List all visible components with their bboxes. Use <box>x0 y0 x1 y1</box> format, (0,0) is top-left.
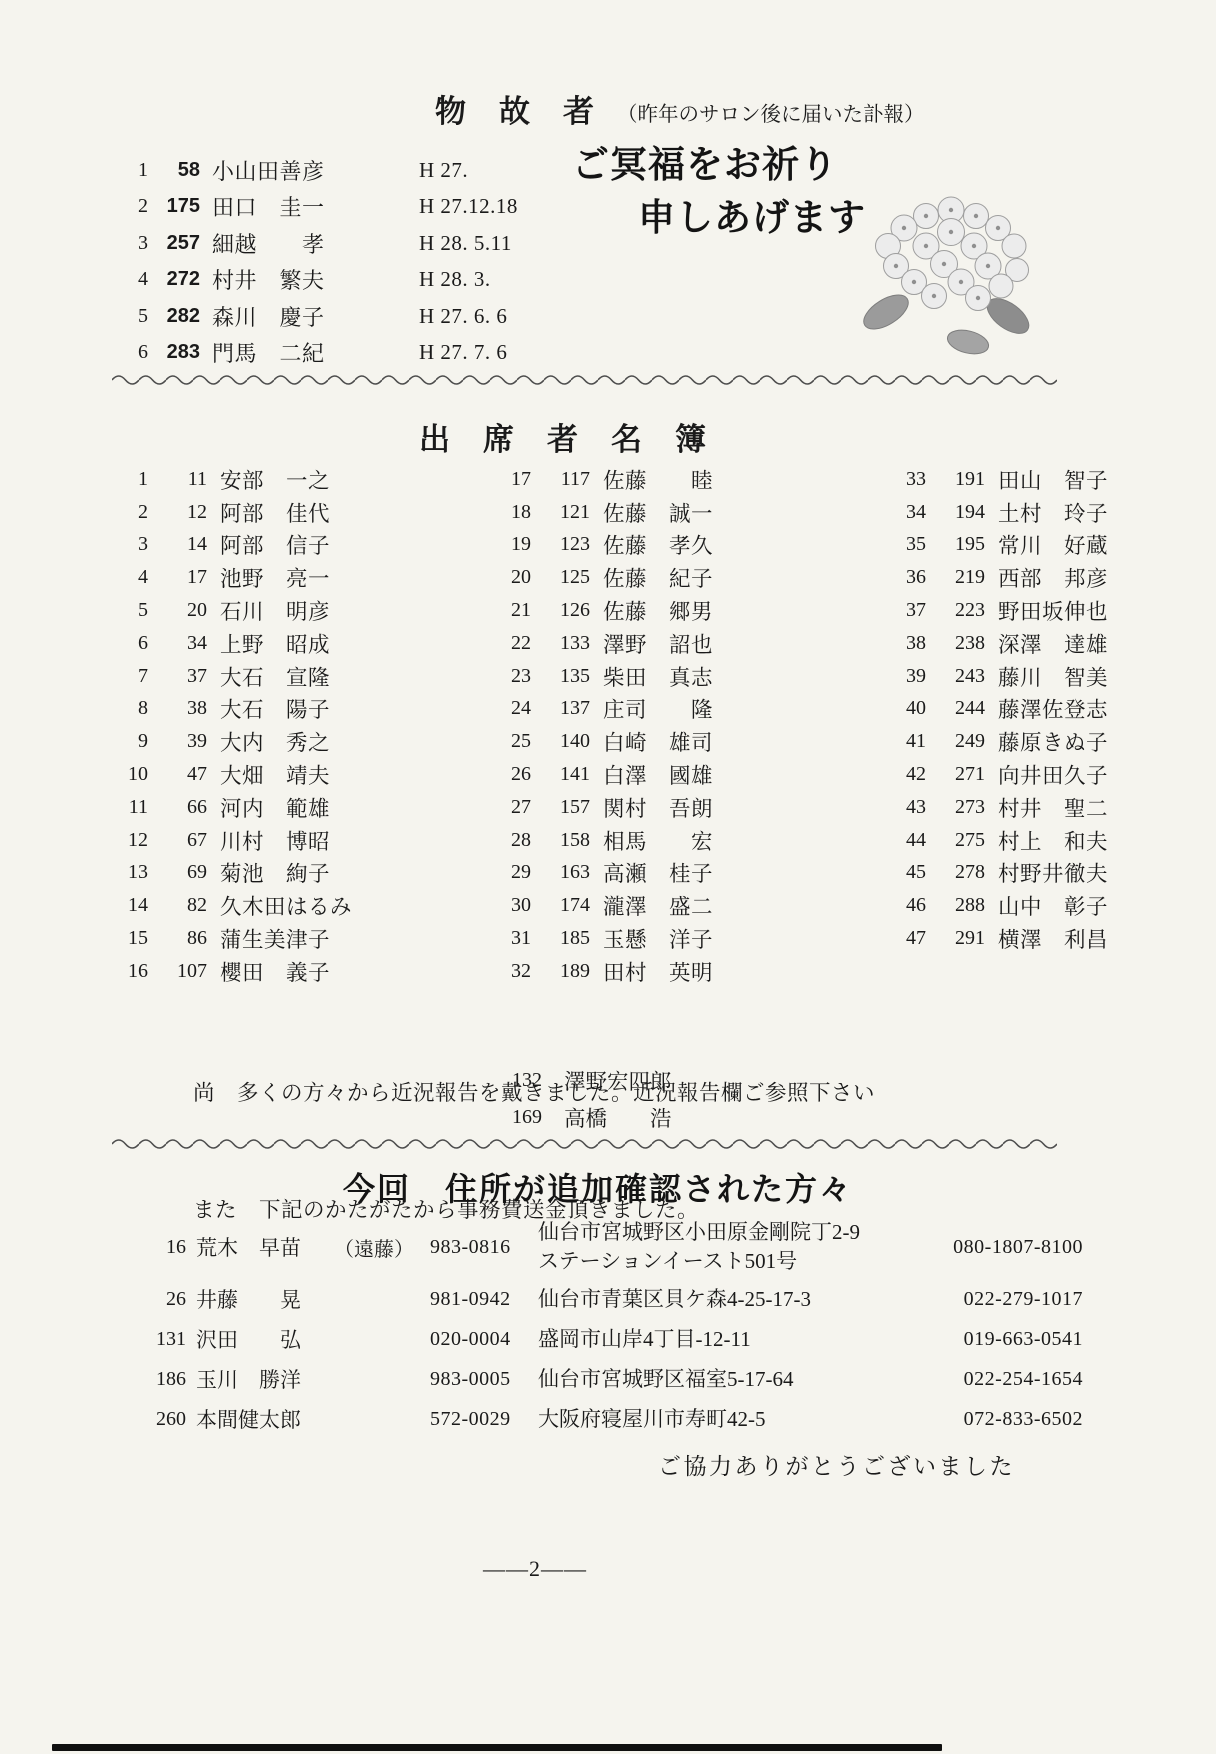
attendee-row: 7 37 大石 宣隆 <box>118 660 486 693</box>
attendee-row: 18 121 佐藤 誠一 <box>501 496 881 529</box>
address-member-name: 荒木 早苗 <box>196 1232 324 1262</box>
attendee-name: 瀧澤 盛二 <box>603 890 881 921</box>
attendee-row: 25 140 白崎 雄司 <box>501 725 881 758</box>
attendee-name: 藤原きぬ子 <box>998 726 1216 757</box>
attendee-member-number: 11 <box>161 468 207 491</box>
deceased-list: 1 58 小山田善彦 H 27. 2 175 田口 圭一 H 27.12.18 … <box>126 152 518 371</box>
attendee-row: 14 82 久木田はるみ <box>118 889 486 922</box>
postal-code: 983-0816 <box>430 1236 528 1259</box>
deceased-row-index: 2 <box>126 195 148 218</box>
street-address: 仙台市宮城野区小田原金剛院丁2-9 ステーションイースト501号 <box>538 1218 936 1276</box>
attendee-index: 42 <box>896 763 926 786</box>
attendee-row: 5 20 石川 明彦 <box>118 594 486 627</box>
attendee-member-number: 140 <box>544 730 590 753</box>
attendee-member-number: 17 <box>161 566 207 589</box>
attendee-index: 11 <box>118 796 148 819</box>
deceased-member-name: 田口 圭一 <box>212 191 407 222</box>
attendee-index: 47 <box>896 927 926 950</box>
deceased-header: 物 故 者 （昨年のサロン後に届いた訃報） <box>435 86 925 131</box>
attendee-index: 22 <box>501 632 531 655</box>
address-row: 131 沢田 弘 020-0004 盛岡市山岸4丁目-12-11 019-663… <box>128 1322 1083 1356</box>
attendee-member-number: 194 <box>939 501 985 524</box>
condolence-line-1: ご冥福をお祈り <box>572 138 866 191</box>
remitter-row: 169 高橋 浩 <box>497 1099 672 1136</box>
address-row: 186 玉川 勝洋 983-0005 仙台市宮城野区福室5-17-64 022-… <box>128 1362 1083 1396</box>
street-address: 大阪府寝屋川市寿町42-5 <box>538 1405 936 1434</box>
attendee-row: 46 288 山中 彰子 <box>896 889 1216 922</box>
attendee-name: 藤川 智美 <box>998 661 1216 692</box>
attendee-index: 45 <box>896 861 926 884</box>
attendee-index: 5 <box>118 599 148 622</box>
address-member-number: 26 <box>128 1288 186 1311</box>
attendee-member-number: 174 <box>544 894 590 917</box>
attendee-row: 29 163 高瀬 桂子 <box>501 857 881 890</box>
attendee-row: 8 38 大石 陽子 <box>118 693 486 726</box>
deceased-member-number: 272 <box>160 268 200 291</box>
attendee-name: 佐藤 紀子 <box>603 562 881 593</box>
address-member-name: 沢田 弘 <box>196 1324 324 1354</box>
attendee-name: 関村 吾朗 <box>603 792 881 823</box>
attendee-index: 26 <box>501 763 531 786</box>
scanned-document-page: 物 故 者 （昨年のサロン後に届いた訃報） 1 58 小山田善彦 H 27. 2… <box>0 0 1216 1754</box>
attendee-member-number: 195 <box>939 533 985 556</box>
attendee-name: 安部 一之 <box>220 464 486 495</box>
deceased-row: 2 175 田口 圭一 H 27.12.18 <box>126 189 518 226</box>
attendee-index: 20 <box>501 566 531 589</box>
deceased-row: 3 257 細越 孝 H 28. 5.11 <box>126 225 518 262</box>
attendee-row: 30 174 瀧澤 盛二 <box>501 889 881 922</box>
attendee-row: 16 107 櫻田 義子 <box>118 955 486 988</box>
attendee-column-3: 33 191 田山 智子 34 194 土村 玲子 35 195 常川 好蔵 <box>896 463 1216 955</box>
deceased-row: 4 272 村井 繁夫 H 28. 3. <box>126 262 518 299</box>
attendee-name: 村上 和夫 <box>998 825 1216 856</box>
attendee-member-number: 20 <box>161 599 207 622</box>
attendee-row: 12 67 川村 博昭 <box>118 824 486 857</box>
attendee-member-number: 135 <box>544 665 590 688</box>
attendee-name: 白澤 國雄 <box>603 759 881 790</box>
attendee-name: 横澤 利昌 <box>998 923 1216 954</box>
attendee-member-number: 39 <box>161 730 207 753</box>
attendee-row: 36 219 西部 邦彦 <box>896 561 1216 594</box>
attendee-member-number: 189 <box>544 960 590 983</box>
attendee-row: 17 117 佐藤 睦 <box>501 463 881 496</box>
deceased-section-title: 物 故 者 <box>435 86 595 131</box>
attendee-row: 15 86 蒲生美津子 <box>118 922 486 955</box>
attendee-index: 25 <box>501 730 531 753</box>
attendee-row: 45 278 村野井徹夫 <box>896 857 1216 890</box>
street-address: 仙台市青葉区貝ケ森4-25-17-3 <box>538 1285 936 1314</box>
attendee-name: 相馬 宏 <box>603 825 881 856</box>
attendee-member-number: 157 <box>544 796 590 819</box>
attendee-row: 41 249 藤原きぬ子 <box>896 725 1216 758</box>
attendee-row: 21 126 佐藤 郷男 <box>501 594 881 627</box>
attendee-member-number: 12 <box>161 501 207 524</box>
attendee-member-number: 133 <box>544 632 590 655</box>
attendee-member-number: 86 <box>161 927 207 950</box>
attendee-member-number: 223 <box>939 599 985 622</box>
address-member-name: 本間健太郎 <box>196 1404 324 1434</box>
attendee-row: 23 135 柴田 真志 <box>501 660 881 693</box>
attendee-index: 38 <box>896 632 926 655</box>
postal-code: 983-0005 <box>430 1368 528 1391</box>
attendee-row: 1 11 安部 一之 <box>118 463 486 496</box>
attendee-index: 36 <box>896 566 926 589</box>
phone-number: 022-279-1017 <box>946 1288 1083 1311</box>
street-address: 仙台市宮城野区福室5-17-64 <box>538 1365 936 1394</box>
attendee-name: 柴田 真志 <box>603 661 881 692</box>
attendee-index: 14 <box>118 894 148 917</box>
attendee-column-1: 1 11 安部 一之 2 12 阿部 佳代 3 14 阿部 信子 4 <box>118 463 486 988</box>
attendee-row: 32 189 田村 英明 <box>501 955 881 988</box>
attendee-index: 12 <box>118 829 148 852</box>
scan-artifact-line <box>52 1744 942 1751</box>
attendee-index: 18 <box>501 501 531 524</box>
attendee-member-number: 125 <box>544 566 590 589</box>
deceased-row-index: 3 <box>126 232 148 255</box>
attendee-row: 4 17 池野 亮一 <box>118 561 486 594</box>
attendee-member-number: 66 <box>161 796 207 819</box>
attendee-name: 玉懸 洋子 <box>603 923 881 954</box>
attendee-member-number: 291 <box>939 927 985 950</box>
attendee-member-number: 14 <box>161 533 207 556</box>
attendee-member-number: 47 <box>161 763 207 786</box>
attendee-row: 26 141 白澤 國雄 <box>501 758 881 791</box>
attendee-index: 1 <box>118 468 148 491</box>
attendee-name: 山中 彰子 <box>998 890 1216 921</box>
remitter-name: 高橋 浩 <box>564 1102 672 1133</box>
attendee-row: 27 157 関村 吾朗 <box>501 791 881 824</box>
attendee-index: 13 <box>118 861 148 884</box>
attendee-name: 河内 範雄 <box>220 792 486 823</box>
attendee-name: 深澤 達雄 <box>998 628 1216 659</box>
deceased-member-number: 58 <box>160 159 200 182</box>
attendee-member-number: 185 <box>544 927 590 950</box>
remitter-row: 132 澤野宏四郎 <box>497 1062 672 1099</box>
attendee-row: 38 238 深澤 達雄 <box>896 627 1216 660</box>
address-row: 260 本間健太郎 572-0029 大阪府寝屋川市寿町42-5 072-833… <box>128 1402 1083 1436</box>
attendee-member-number: 107 <box>161 960 207 983</box>
attendee-member-number: 141 <box>544 763 590 786</box>
deceased-death-date: H 27.12.18 <box>419 194 518 219</box>
attendee-row: 44 275 村上 和夫 <box>896 824 1216 857</box>
attendee-name: 川村 博昭 <box>220 825 486 856</box>
attendee-member-number: 158 <box>544 829 590 852</box>
hydrangea-flower-image <box>856 192 1040 364</box>
attendee-name: 大石 陽子 <box>220 693 486 724</box>
address-member-name: 玉川 勝洋 <box>196 1364 324 1394</box>
attendee-row: 37 223 野田坂伸也 <box>896 594 1216 627</box>
attendee-name: 高瀬 桂子 <box>603 857 881 888</box>
attendee-index: 33 <box>896 468 926 491</box>
attendee-index: 28 <box>501 829 531 852</box>
attendee-name: 庄司 隆 <box>603 693 881 724</box>
attendee-member-number: 238 <box>939 632 985 655</box>
attendee-row: 13 69 菊池 絢子 <box>118 857 486 890</box>
address-row: 26 井藤 晃 981-0942 仙台市青葉区貝ケ森4-25-17-3 022-… <box>128 1282 1083 1316</box>
attendee-roster: 1 11 安部 一之 2 12 阿部 佳代 3 14 阿部 信子 4 <box>118 463 1216 988</box>
attendee-row: 11 66 河内 範雄 <box>118 791 486 824</box>
deceased-row: 1 58 小山田善彦 H 27. <box>126 152 518 189</box>
attendee-index: 3 <box>118 533 148 556</box>
attendee-index: 4 <box>118 566 148 589</box>
deceased-member-name: 村井 繁夫 <box>212 264 407 295</box>
attendee-member-number: 69 <box>161 861 207 884</box>
attendee-name: 野田坂伸也 <box>998 595 1216 626</box>
attendee-name: 西部 邦彦 <box>998 562 1216 593</box>
remitter-member-number: 132 <box>497 1069 542 1092</box>
attendee-member-number: 275 <box>939 829 985 852</box>
attendee-index: 6 <box>118 632 148 655</box>
address-member-number: 16 <box>128 1236 186 1259</box>
attendee-member-number: 288 <box>939 894 985 917</box>
wavy-divider <box>112 372 1057 386</box>
phone-number: 080-1807-8100 <box>946 1236 1083 1259</box>
attendee-row: 20 125 佐藤 紀子 <box>501 561 881 594</box>
phone-number: 022-254-1654 <box>946 1368 1083 1391</box>
attendee-index: 16 <box>118 960 148 983</box>
attendee-name: 阿部 佳代 <box>220 497 486 528</box>
phone-number: 019-663-0541 <box>946 1328 1083 1351</box>
attendee-member-number: 82 <box>161 894 207 917</box>
attendee-name: 田山 智子 <box>998 464 1216 495</box>
deceased-member-number: 283 <box>160 341 200 364</box>
attendee-member-number: 219 <box>939 566 985 589</box>
attendee-name: 土村 玲子 <box>998 497 1216 528</box>
deceased-death-date: H 27. 6. 6 <box>419 304 518 329</box>
attendee-row: 33 191 田山 智子 <box>896 463 1216 496</box>
attendee-row: 22 133 澤野 詔也 <box>501 627 881 660</box>
attendee-index: 44 <box>896 829 926 852</box>
attendee-row: 35 195 常川 好蔵 <box>896 529 1216 562</box>
attendee-row: 42 271 向井田久子 <box>896 758 1216 791</box>
attendee-name: 久木田はるみ <box>220 890 486 921</box>
attendee-index: 2 <box>118 501 148 524</box>
address-section-title: 今回 住所が追加確認された方々 <box>343 1164 853 1210</box>
attendee-member-number: 123 <box>544 533 590 556</box>
attendee-index: 27 <box>501 796 531 819</box>
attendee-index: 8 <box>118 697 148 720</box>
attendee-row: 31 185 玉懸 洋子 <box>501 922 881 955</box>
attendee-member-number: 121 <box>544 501 590 524</box>
attendee-index: 34 <box>896 501 926 524</box>
street-address-line-1: 大阪府寝屋川市寿町42-5 <box>538 1405 936 1434</box>
attendee-index: 29 <box>501 861 531 884</box>
deceased-member-name: 森川 慶子 <box>212 301 407 332</box>
attendee-member-number: 117 <box>544 468 590 491</box>
attendee-member-number: 67 <box>161 829 207 852</box>
attendee-row: 43 273 村井 聖二 <box>896 791 1216 824</box>
street-address-line-2: ステーションイースト501号 <box>538 1247 936 1276</box>
address-member-number: 186 <box>128 1368 186 1391</box>
attendee-member-number: 278 <box>939 861 985 884</box>
deceased-row-index: 5 <box>126 305 148 328</box>
attendee-name: 常川 好蔵 <box>998 529 1216 560</box>
attendee-index: 23 <box>501 665 531 688</box>
attendee-name: 大畑 靖夫 <box>220 759 486 790</box>
attendee-index: 40 <box>896 697 926 720</box>
attendee-index: 35 <box>896 533 926 556</box>
deceased-member-number: 282 <box>160 305 200 328</box>
attendee-index: 31 <box>501 927 531 950</box>
attendee-name: 阿部 信子 <box>220 529 486 560</box>
attendee-index: 32 <box>501 960 531 983</box>
attendee-row: 39 243 藤川 智美 <box>896 660 1216 693</box>
attendee-name: 白崎 雄司 <box>603 726 881 757</box>
attendee-row: 40 244 藤澤佐登志 <box>896 693 1216 726</box>
attendee-index: 30 <box>501 894 531 917</box>
deceased-death-date: H 28. 5.11 <box>419 231 518 256</box>
deceased-member-number: 175 <box>160 195 200 218</box>
address-member-name: 井藤 晃 <box>196 1284 324 1314</box>
address-member-number: 131 <box>128 1328 186 1351</box>
attendee-row: 9 39 大内 秀之 <box>118 725 486 758</box>
attendee-row: 3 14 阿部 信子 <box>118 529 486 562</box>
page-number: ——2—— <box>0 1556 1070 1582</box>
deceased-row: 5 282 森川 慶子 H 27. 6. 6 <box>126 298 518 335</box>
attendee-member-number: 137 <box>544 697 590 720</box>
attendee-name: 向井田久子 <box>998 759 1216 790</box>
attendee-name: 蒲生美津子 <box>220 923 486 954</box>
address-list: 16 荒木 早苗 （遠藤） 983-0816 仙台市宮城野区小田原金剛院丁2-9… <box>128 1218 1083 1442</box>
attendee-index: 37 <box>896 599 926 622</box>
deceased-member-name: 小山田善彦 <box>212 155 407 186</box>
attendee-name: 村井 聖二 <box>998 792 1216 823</box>
condolence-line-2: 申しあげます <box>572 191 866 244</box>
attendee-member-number: 243 <box>939 665 985 688</box>
attendee-name: 村野井徹夫 <box>998 857 1216 888</box>
attendee-row: 47 291 横澤 利昌 <box>896 922 1216 955</box>
attendee-member-number: 126 <box>544 599 590 622</box>
remitter-list: 132 澤野宏四郎 169 高橋 浩 <box>497 1062 672 1136</box>
attendee-index: 15 <box>118 927 148 950</box>
address-row: 16 荒木 早苗 （遠藤） 983-0816 仙台市宮城野区小田原金剛院丁2-9… <box>128 1218 1083 1276</box>
deceased-death-date: H 28. 3. <box>419 267 518 292</box>
attendee-member-number: 273 <box>939 796 985 819</box>
attendee-section-title: 出 席 者 名 簿 <box>0 414 1126 459</box>
postal-code: 020-0004 <box>430 1328 528 1351</box>
wavy-divider <box>112 1136 1057 1150</box>
attendee-name: 大石 宣隆 <box>220 661 486 692</box>
attendee-member-number: 38 <box>161 697 207 720</box>
attendee-name: 佐藤 睦 <box>603 464 881 495</box>
attendee-column-2: 17 117 佐藤 睦 18 121 佐藤 誠一 19 123 佐藤 孝久 <box>501 463 881 988</box>
attendee-name: 櫻田 義子 <box>220 956 486 987</box>
attendee-row: 10 47 大畑 靖夫 <box>118 758 486 791</box>
deceased-member-name: 門馬 二紀 <box>212 337 407 368</box>
address-member-number: 260 <box>128 1408 186 1431</box>
attendee-index: 41 <box>896 730 926 753</box>
street-address-line-1: 仙台市青葉区貝ケ森4-25-17-3 <box>538 1285 936 1314</box>
attendee-index: 21 <box>501 599 531 622</box>
attendee-member-number: 249 <box>939 730 985 753</box>
attendee-index: 43 <box>896 796 926 819</box>
street-address: 盛岡市山岸4丁目-12-11 <box>538 1325 936 1354</box>
remitter-member-number: 169 <box>497 1106 542 1129</box>
attendee-name: 大内 秀之 <box>220 726 486 757</box>
attendee-index: 9 <box>118 730 148 753</box>
attendee-member-number: 271 <box>939 763 985 786</box>
attendee-index: 19 <box>501 533 531 556</box>
attendee-row: 6 34 上野 昭成 <box>118 627 486 660</box>
attendee-name: 藤澤佐登志 <box>998 693 1216 724</box>
street-address-line-1: 仙台市宮城野区福室5-17-64 <box>538 1365 936 1394</box>
deceased-row-index: 1 <box>126 159 148 182</box>
attendee-name: 田村 英明 <box>603 956 881 987</box>
attendee-index: 24 <box>501 697 531 720</box>
attendee-index: 39 <box>896 665 926 688</box>
deceased-title-note: （昨年のサロン後に届いた訃報） <box>617 91 925 127</box>
attendee-name: 石川 明彦 <box>220 595 486 626</box>
condolence-message: ご冥福をお祈り 申しあげます <box>572 138 866 244</box>
attendee-name: 上野 昭成 <box>220 628 486 659</box>
attendee-member-number: 34 <box>161 632 207 655</box>
attendee-name: 菊池 絢子 <box>220 857 486 888</box>
attendee-name: 澤野 詔也 <box>603 628 881 659</box>
attendee-index: 46 <box>896 894 926 917</box>
deceased-row-index: 4 <box>126 268 148 291</box>
attendee-row: 19 123 佐藤 孝久 <box>501 529 881 562</box>
deceased-death-date: H 27. <box>419 158 518 183</box>
deceased-row: 6 283 門馬 二紀 H 27. 7. 6 <box>126 335 518 372</box>
postal-code: 572-0029 <box>430 1408 528 1431</box>
closing-thanks-message: ご協力ありがとうございました <box>658 1448 1015 1481</box>
attendee-index: 10 <box>118 763 148 786</box>
attendee-name: 佐藤 郷男 <box>603 595 881 626</box>
attendee-index: 7 <box>118 665 148 688</box>
street-address-line-1: 仙台市宮城野区小田原金剛院丁2-9 <box>538 1218 936 1247</box>
deceased-member-name: 細越 孝 <box>212 228 407 259</box>
attendee-row: 2 12 阿部 佳代 <box>118 496 486 529</box>
deceased-member-number: 257 <box>160 232 200 255</box>
attendee-member-number: 191 <box>939 468 985 491</box>
remitter-name: 澤野宏四郎 <box>564 1065 672 1096</box>
postal-code: 981-0942 <box>430 1288 528 1311</box>
attendee-member-number: 244 <box>939 697 985 720</box>
attendee-name: 佐藤 孝久 <box>603 529 881 560</box>
attendee-row: 24 137 庄司 隆 <box>501 693 881 726</box>
attendee-name: 池野 亮一 <box>220 562 486 593</box>
attendee-row: 28 158 相馬 宏 <box>501 824 881 857</box>
deceased-death-date: H 27. 7. 6 <box>419 340 518 365</box>
attendee-member-number: 163 <box>544 861 590 884</box>
attendee-row: 34 194 土村 玲子 <box>896 496 1216 529</box>
address-maiden-name: （遠藤） <box>334 1233 420 1262</box>
phone-number: 072-833-6502 <box>946 1408 1083 1431</box>
street-address-line-1: 盛岡市山岸4丁目-12-11 <box>538 1325 936 1354</box>
deceased-row-index: 6 <box>126 341 148 364</box>
attendee-member-number: 37 <box>161 665 207 688</box>
attendee-index: 17 <box>501 468 531 491</box>
attendee-name: 佐藤 誠一 <box>603 497 881 528</box>
